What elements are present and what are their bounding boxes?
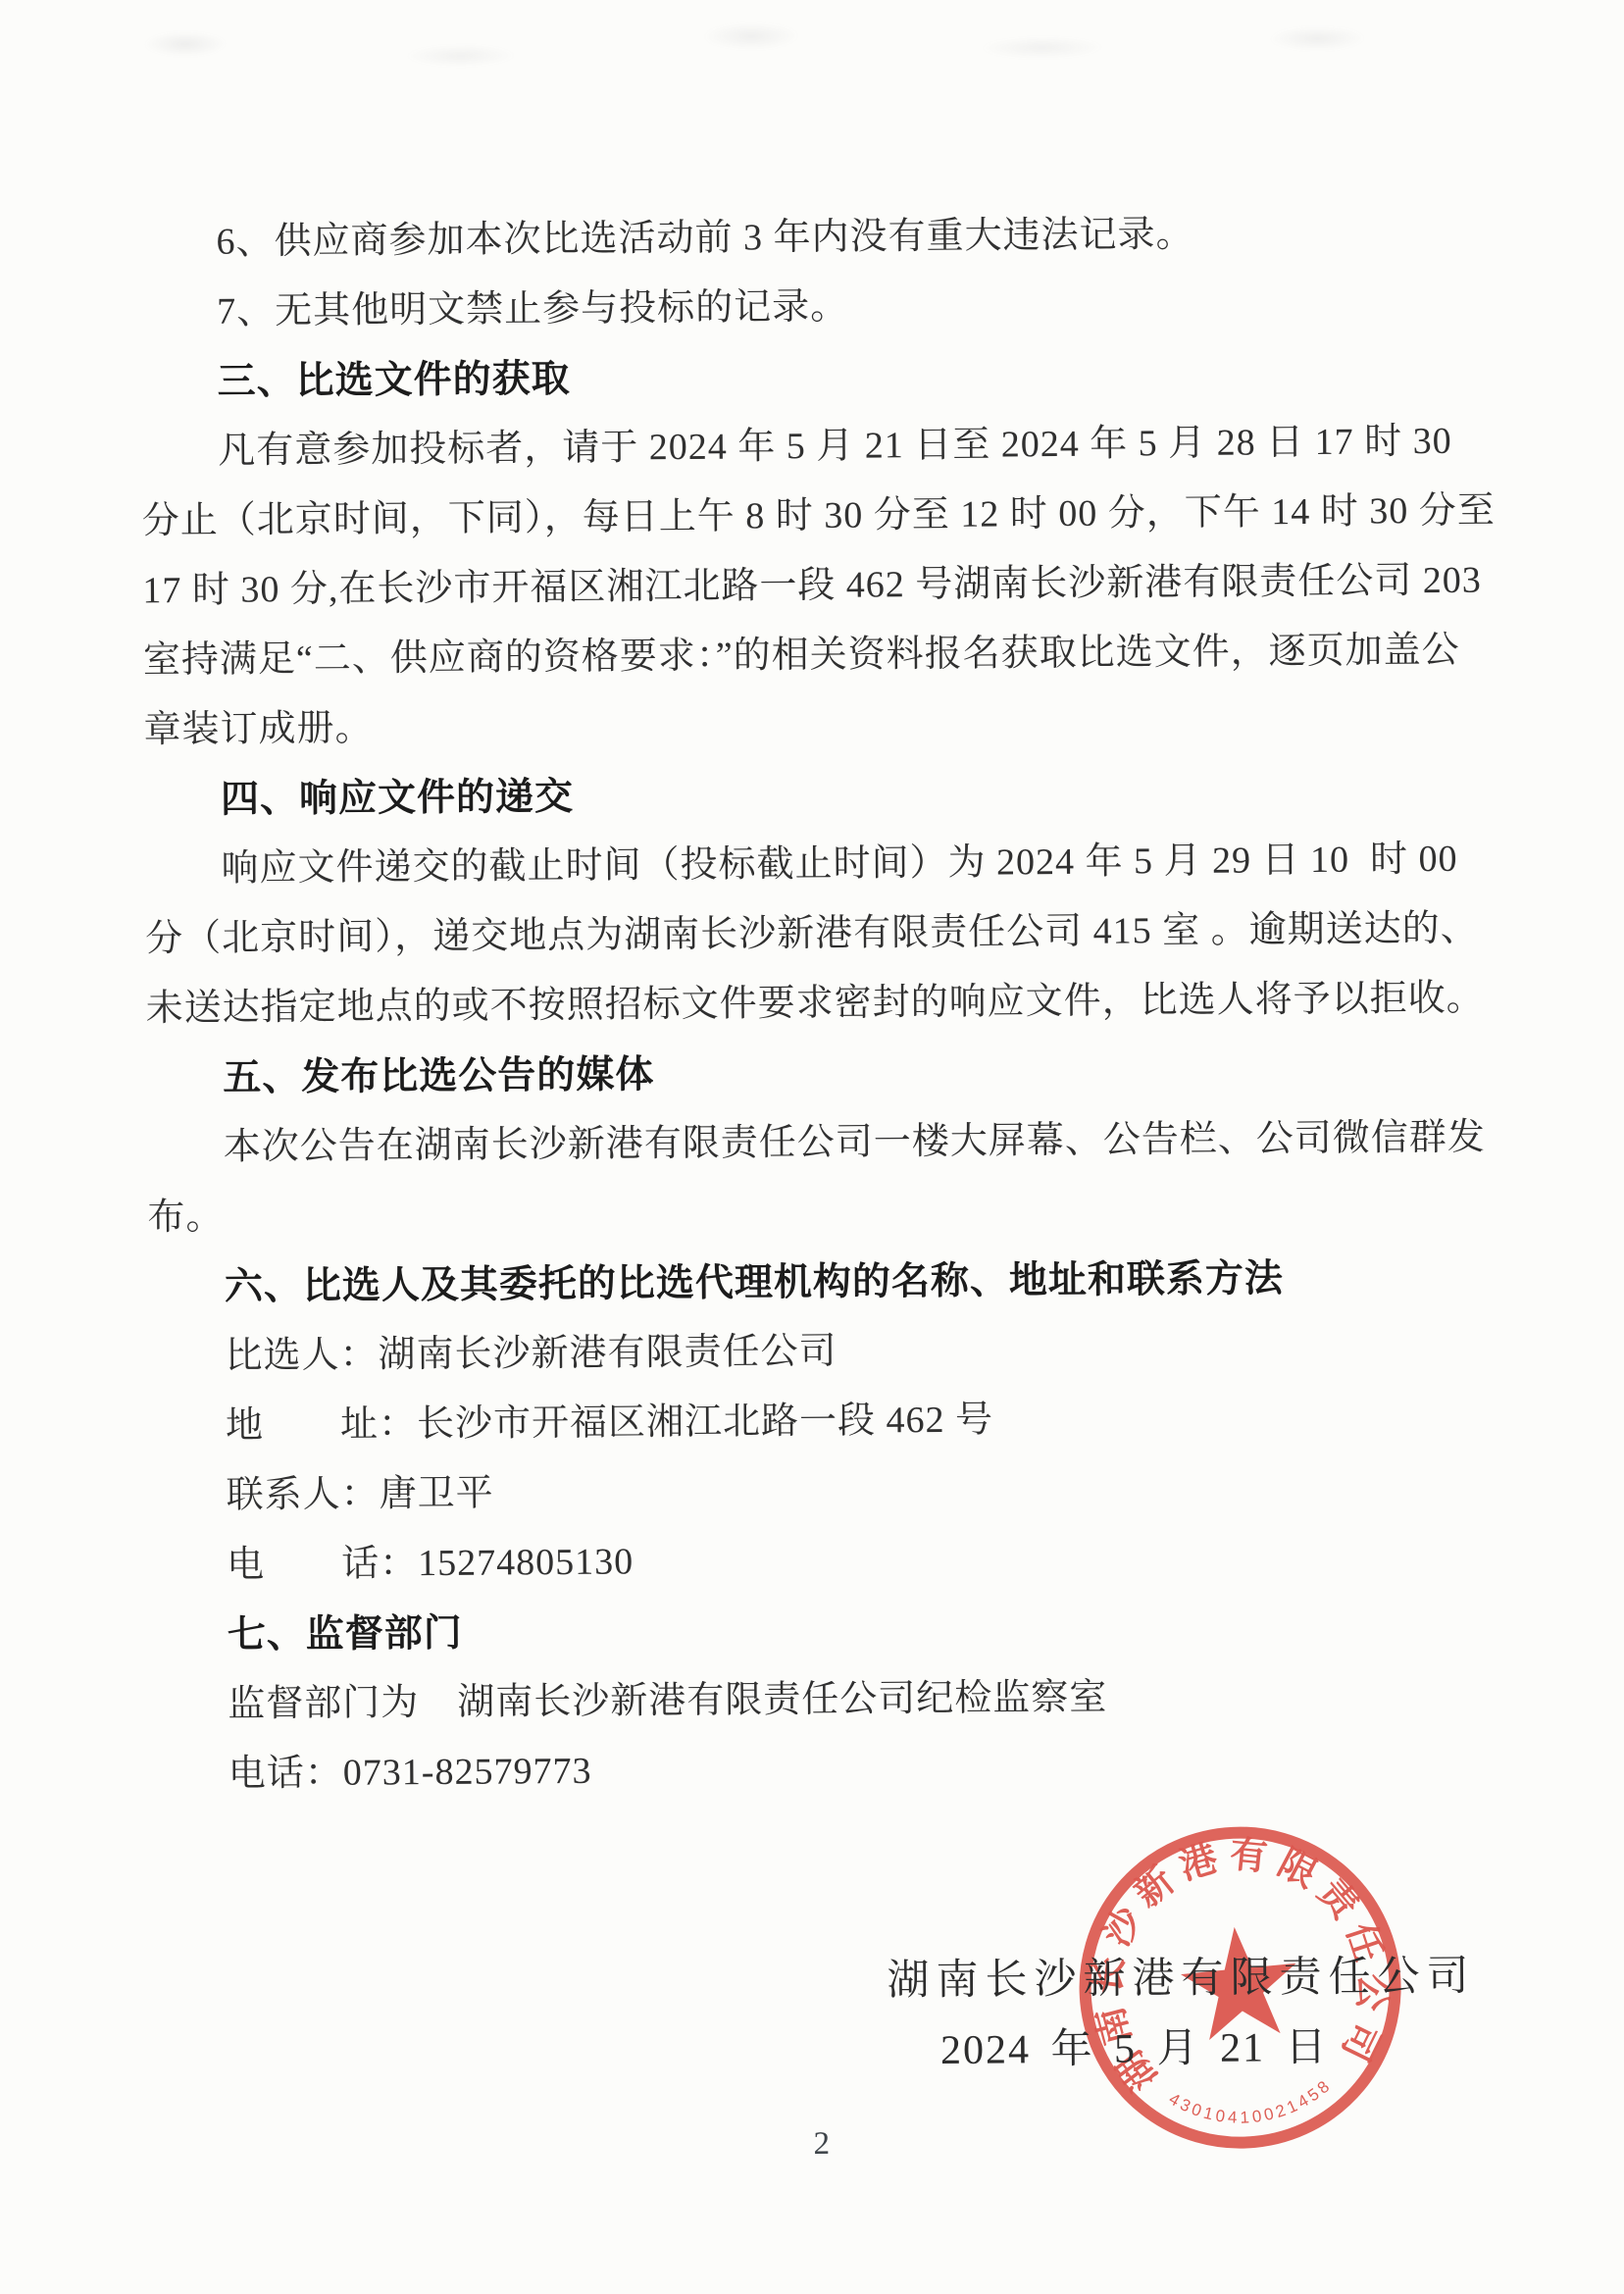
text-line: 室持满足“二、供应商的资格要求：”的相关资料报名获取比选文件，逐页加盖公 [143,615,1535,695]
text-line: 监督部门为 湖南长沙新港有限责任公司纪检监察室 [151,1659,1543,1740]
document-body: 6、供应商参加本次比选活动前 3 年内没有重大违法记录。7、无其他明文禁止参与投… [139,197,1543,1810]
text-line: 比选人：湖南长沙新港有限责任公司 [148,1311,1540,1392]
signature-company-name: 湖南长沙新港有限责任公司 [887,1943,1475,2008]
text-line: 凡有意参加投标者，请于 2024 年 5 月 21 日至 2024 年 5 月 … [141,406,1533,486]
text-line: 电 话：15274805130 [150,1520,1542,1601]
text-line: 本次公告在湖南长沙新港有限责任公司一楼大屏幕、公告栏、公司微信群发 [147,1102,1539,1183]
signature-date: 2024 年 5 月 21 日 [940,2014,1329,2076]
scanned-document-page: 6、供应商参加本次比选活动前 3 年内没有重大违法记录。7、无其他明文禁止参与投… [0,0,1624,2294]
section-heading: 七、监督部门 [150,1590,1542,1670]
section-heading: 六、比选人及其委托的比选代理机构的名称、地址和联系方法 [148,1242,1540,1322]
text-line: 未送达指定地点的或不按照招标文件要求密封的响应文件，比选人将予以拒收。 [145,963,1537,1044]
scan-bleedthrough-smudge [32,6,1563,86]
text-line: 分（北京时间），递交地点为湖南长沙新港有限责任公司 415 室 。逾期送达的、 [145,893,1537,974]
text-line: 响应文件递交的截止时间（投标截止时间）为 2024 年 5 月 29 日 10 … [144,824,1536,904]
text-line: 17 时 30 分,在长沙市开福区湘江北路一段 462 号湖南长沙新港有限责任公… [142,545,1534,626]
scan-content: 6、供应商参加本次比选活动前 3 年内没有重大违法记录。7、无其他明文禁止参与投… [0,0,1624,2294]
text-line: 联系人：唐卫平 [149,1451,1541,1531]
section-heading: 四、响应文件的递交 [144,754,1536,835]
text-line: 章装订成册。 [143,685,1535,765]
text-line: 6、供应商参加本次比选活动前 3 年内没有重大违法记录。 [139,197,1531,278]
text-line: 布。 [147,1172,1539,1252]
text-line: 地 址：长沙市开福区湘江北路一段 462 号 [149,1381,1541,1461]
text-line: 分止（北京时间，下同），每日上午 8 时 30 分至 12 时 00 分，下午 … [142,476,1534,556]
section-heading: 三、比选文件的获取 [140,336,1532,417]
section-heading: 五、发布比选公告的媒体 [146,1033,1538,1113]
text-line: 7、无其他明文禁止参与投标的记录。 [140,267,1532,347]
